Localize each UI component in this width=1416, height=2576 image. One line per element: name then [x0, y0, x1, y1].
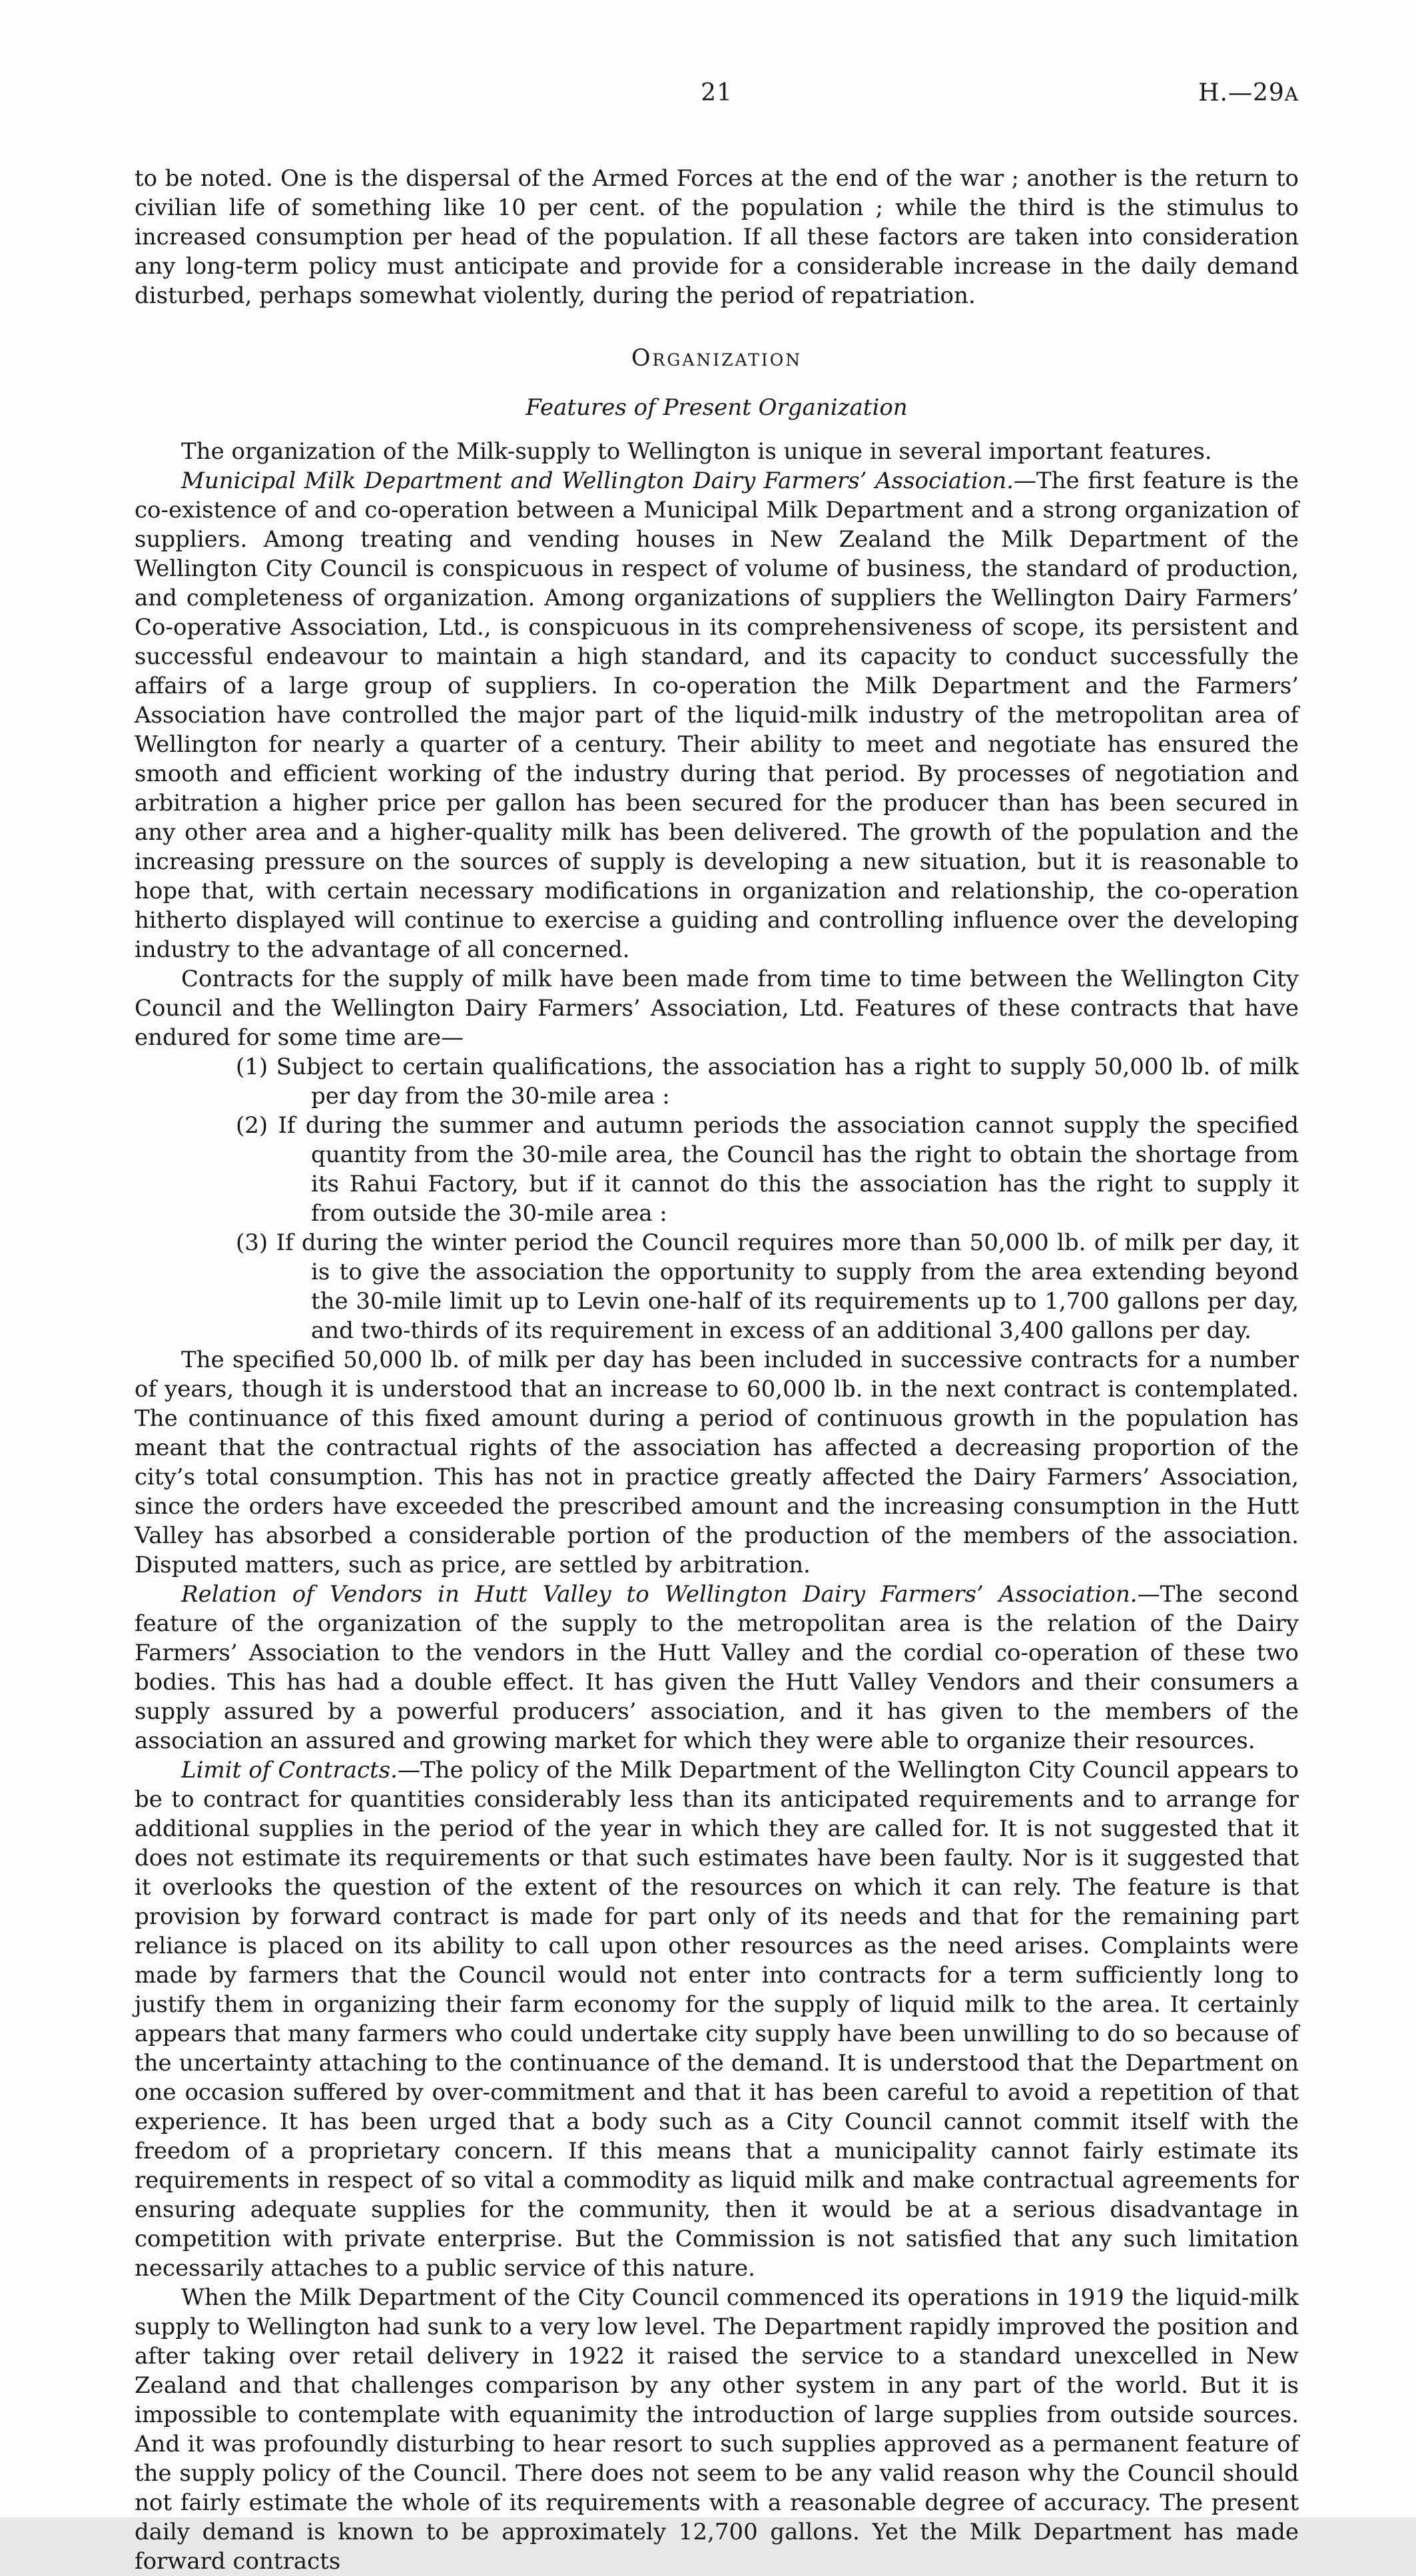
page-header: 21 H.—29A [135, 79, 1299, 112]
page-number: 21 [701, 79, 733, 108]
list-item-2: (2) If during the summer and autumn peri… [135, 1111, 1299, 1228]
paragraph-municipal-milk: Municipal Milk Department and Wellington… [135, 466, 1299, 964]
list-item-2-text: If during the summer and autumn periods … [278, 1112, 1299, 1227]
paragraph-municipal-milk-text: —The first feature is the co-existence o… [135, 468, 1299, 963]
sub-heading-features: Features of Present Organization [135, 393, 1299, 422]
paragraph-repatriation: to be noted. One is the dispersal of the… [135, 164, 1299, 310]
paragraph-limit-of-contracts-text: —The policy of the Milk Department of th… [135, 1757, 1299, 2282]
paragraph-relation-vendors: Relation of Vendors in Hutt Valley to We… [135, 1580, 1299, 1756]
paragraph-relation-vendors-lead: Relation of Vendors in Hutt Valley to We… [181, 1581, 1138, 1608]
list-item-3-label: (3) [236, 1229, 268, 1256]
paragraph-limit-of-contracts: Limit of Contracts.—The policy of the Mi… [135, 1756, 1299, 2283]
contract-features-list: (1) Subject to certain qualifications, t… [135, 1052, 1299, 1345]
list-item-3-text: If during the winter period the Council … [276, 1229, 1299, 1344]
list-item-3: (3) If during the winter period the Coun… [135, 1228, 1299, 1345]
paragraph-features-intro: The organization of the Milk-supply to W… [135, 437, 1299, 466]
paragraph-limit-of-contracts-lead: Limit of Contracts. [181, 1757, 398, 1783]
list-item-1: (1) Subject to certain qualifications, t… [135, 1052, 1299, 1111]
document-reference-suffix: A [1285, 83, 1299, 105]
paragraph-milk-department-history: When the Milk Department of the City Cou… [135, 2283, 1299, 2576]
paragraph-specified-amount: The specified 50,000 lb. of milk per day… [135, 1345, 1299, 1580]
document-reference-main: H.—29 [1198, 79, 1285, 107]
document-reference: H.—29A [1198, 79, 1299, 109]
section-heading-organization: Organization [135, 344, 1299, 373]
list-item-1-text: Subject to certain qualifications, the a… [276, 1054, 1299, 1110]
paragraph-municipal-milk-lead: Municipal Milk Department and Wellington… [181, 468, 1014, 494]
list-item-2-label: (2) [236, 1112, 268, 1139]
list-item-1-label: (1) [236, 1054, 268, 1080]
paragraph-contracts-intro: Contracts for the supply of milk have be… [135, 964, 1299, 1052]
document-page: 21 H.—29A to be noted. One is the disper… [0, 0, 1416, 2517]
